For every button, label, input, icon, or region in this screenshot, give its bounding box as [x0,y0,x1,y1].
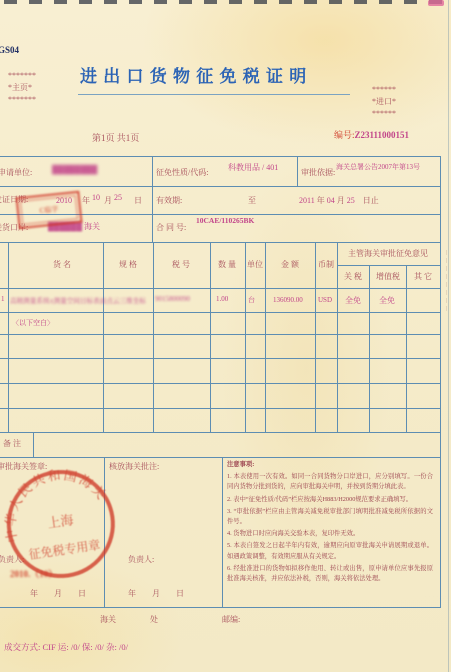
basis-value: 海关总署公告2007年第13号 [336,162,420,172]
col-header-tariff: 关 税 [344,271,362,282]
stamp-center-text: 上海 [47,512,75,530]
grid-line [153,242,154,432]
note-item: 1. 本表使用一次有效。如同一合同货物分口岸进口，应分别填写。一份合同内货物分批… [227,472,433,492]
corner-marks-left: ********主页******** [8,70,36,106]
grid-line [0,408,440,409]
col-header-hs-code: 税 号 [172,259,190,270]
grid-line [222,457,223,607]
goods-tariff-exemption: 全免 [345,295,361,306]
note-item: 5. 本表自签发之日起半年内有效，逾期应向原审批海关申请展期或退单。如遇政策调整… [227,541,433,561]
grid-line [0,156,440,157]
grid-line [406,265,407,432]
grid-line [0,242,440,243]
nature-value: 科教用品 / 401 [228,162,278,173]
goods-amount: 136090.00 [273,296,303,304]
grid-line [369,265,370,432]
grid-line [245,242,246,432]
stamp-banner-text: 征免税专用章 [28,537,101,562]
grid-line [33,432,34,457]
corner-marks-right: *******进口******* [372,84,396,120]
remark-label: 备 注 [3,438,21,449]
blank-below-note: 〈以下空白〉 [12,318,54,328]
note-item: 2. 表中“征免性质/代码”栏应按海关H883/H2000规范要求正确填写。 [227,495,433,505]
document-title: 进 出 口 货 物 征 免 税 证 明 [80,62,307,87]
col-header-goods-name: 货 名 [53,259,71,270]
note-item: 3. “审批依据”栏应由主管海关减免税审批部门填明批准减免税所依据的文件号。 [227,507,433,527]
serial-number: 编号:Z23111000151 [334,128,409,141]
grid-line [337,242,338,432]
grid-line [0,358,440,359]
grid-line [0,383,440,384]
grid-line [0,288,440,289]
notes-section: 注意事项: 1. 本表使用一次有效。如同一合同货物分口岸进口，应分别填写。一份合… [227,460,433,586]
applicant-value-redacted: ████████ [52,165,97,174]
red-rectangular-stamp: C临字 [16,191,83,230]
col-header-approval: 主管海关审批征免意见 [348,248,428,259]
grid-line [0,312,440,313]
col-header-vat: 增值税 [376,271,400,282]
grid-line [8,242,9,432]
grid-line [152,156,153,242]
svg-text:中华人民共和国海关: 中华人民共和国海关 [0,461,115,544]
grid-line [315,242,316,432]
footer-office: 处 [150,614,158,625]
responsible-person-label-middle: 负责人: [128,554,154,565]
col-header-other: 其 它 [414,271,432,282]
footer-deal-terms: 成交方式: CIF 运: /0/ 保: /0/ 杂: /0/ [4,641,128,653]
form-code: GS04 [0,45,19,55]
goods-currency: USD [318,296,332,304]
grid-line [103,242,104,432]
nature-label: 征免性质/代码: [156,167,208,178]
contract-label: 合 同 号: [156,222,186,233]
goods-vat-exemption: 全免 [379,295,395,306]
col-header-currency: 币制 [318,259,334,270]
grid-line [0,334,440,335]
validity-label: 有效期: [156,195,182,206]
footer-zip-label: 邮编: [222,614,240,625]
goods-unit: 台 [248,295,255,305]
red-round-customs-stamp: 中华人民共和国海关 上海 征免税专用章 [0,457,126,594]
note-item: 4. 货物进口时应向海关交验本表，复印件无效。 [227,529,433,539]
goods-hs-code: 9015800090 [155,295,190,303]
page-number: 第1页 共1页 [92,131,139,144]
note-item: 6. 经批准进口的货物如拟移作他用、转让或出售，原申请单位应事先报原批准海关核准… [227,564,433,584]
goods-row-index: 1 [1,295,5,303]
goods-quantity: 1.00 [216,295,228,303]
col-header-spec: 规 格 [119,259,137,270]
grid-line [440,156,441,608]
grid-line [297,156,298,186]
col-header-amount: 金 额 [281,259,299,270]
releasing-customs-note-label: 核放海关批注: [109,461,159,472]
goods-name: 高精测量系统/(测量空间目标表面点云三维坐标 [10,295,146,305]
validity-value: 2011 年 04 月 25 日止 [299,195,379,206]
basis-label: 审批依据: [301,167,335,178]
col-header-unit: 单位 [247,259,263,270]
grid-line [0,186,440,187]
scan-perforation-marks [4,0,445,4]
notes-title: 注意事项: [227,460,433,470]
grid-line [0,432,440,433]
contract-value: 10CAE/110265BK [196,216,254,225]
date-line-middle: 年 月 日 [128,588,184,599]
validity-prefix: 至 [248,195,256,206]
grid-line [0,457,440,458]
scanned-customs-certificate: 丨丨丨丨丨丨丨丨 GS04 ********主页******** 进 出 口 货… [0,0,451,672]
title-underline [78,94,350,95]
grid-line [210,242,211,432]
grid-line [0,607,440,608]
scan-artifact [428,0,444,6]
footer-customs: 海关 [100,614,116,625]
rect-stamp-text: C临字 [39,204,59,216]
grid-line [337,265,440,266]
grid-line [265,242,266,432]
col-header-quantity: 数 量 [218,259,236,270]
stamp-arc-text: 中华人民共和国海关 [0,461,115,544]
margin-print-marks: 丨丨丨丨丨丨丨丨 [443,250,449,470]
applicant-label: 申请单位: [0,167,32,178]
